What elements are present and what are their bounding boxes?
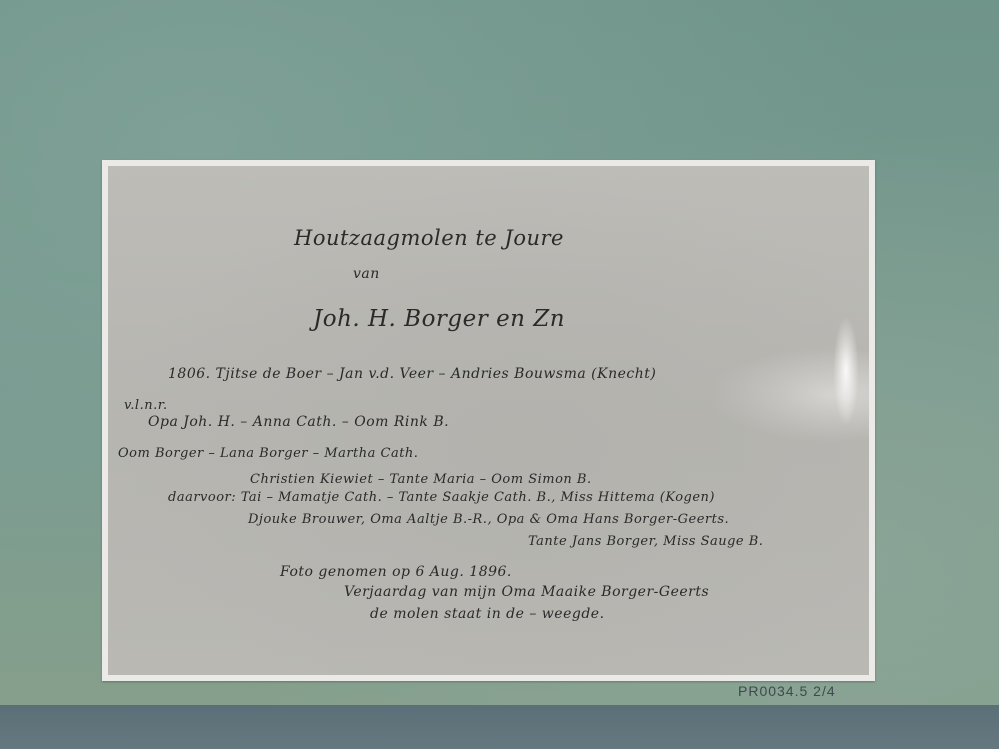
light-glare: [833, 316, 859, 426]
note-line-10: Verjaardag van mijn Oma Maaike Borger-Ge…: [344, 584, 709, 600]
mounted-photograph: Houtzaagmolen te Joure van Joh. H. Borge…: [102, 160, 875, 681]
catalog-number-label: PR0034.5 2/4: [738, 683, 836, 699]
note-line-8: Tante Jans Borger, Miss Sauge B.: [528, 534, 763, 549]
note-line-7: Djouke Brouwer, Oma Aaltje B.-R., Opa & …: [248, 512, 729, 527]
note-line-6: daarvoor: Tai – Mamatje Cath. – Tante Sa…: [168, 490, 715, 505]
note-line-4: Oom Borger – Lana Borger – Martha Cath.: [118, 446, 418, 461]
title-line-3: Joh. H. Borger en Zn: [313, 306, 565, 332]
title-line-2: van: [353, 266, 380, 282]
photograph-image-area: Houtzaagmolen te Joure van Joh. H. Borge…: [108, 166, 869, 675]
note-line-11: de molen staat in de – weegde.: [370, 606, 605, 622]
note-line-9: Foto genomen op 6 Aug. 1896.: [280, 564, 512, 580]
title-line-1: Houtzaagmolen te Joure: [294, 226, 564, 250]
note-line-3: Opa Joh. H. – Anna Cath. – Oom Rink B.: [148, 414, 449, 430]
note-line-5: Christien Kiewiet – Tante Maria – Oom Si…: [250, 472, 592, 487]
note-line-2: v.l.n.r.: [124, 398, 168, 413]
backing-board-edge: [0, 705, 999, 749]
note-line-1: 1806. Tjitse de Boer – Jan v.d. Veer – A…: [168, 366, 656, 382]
